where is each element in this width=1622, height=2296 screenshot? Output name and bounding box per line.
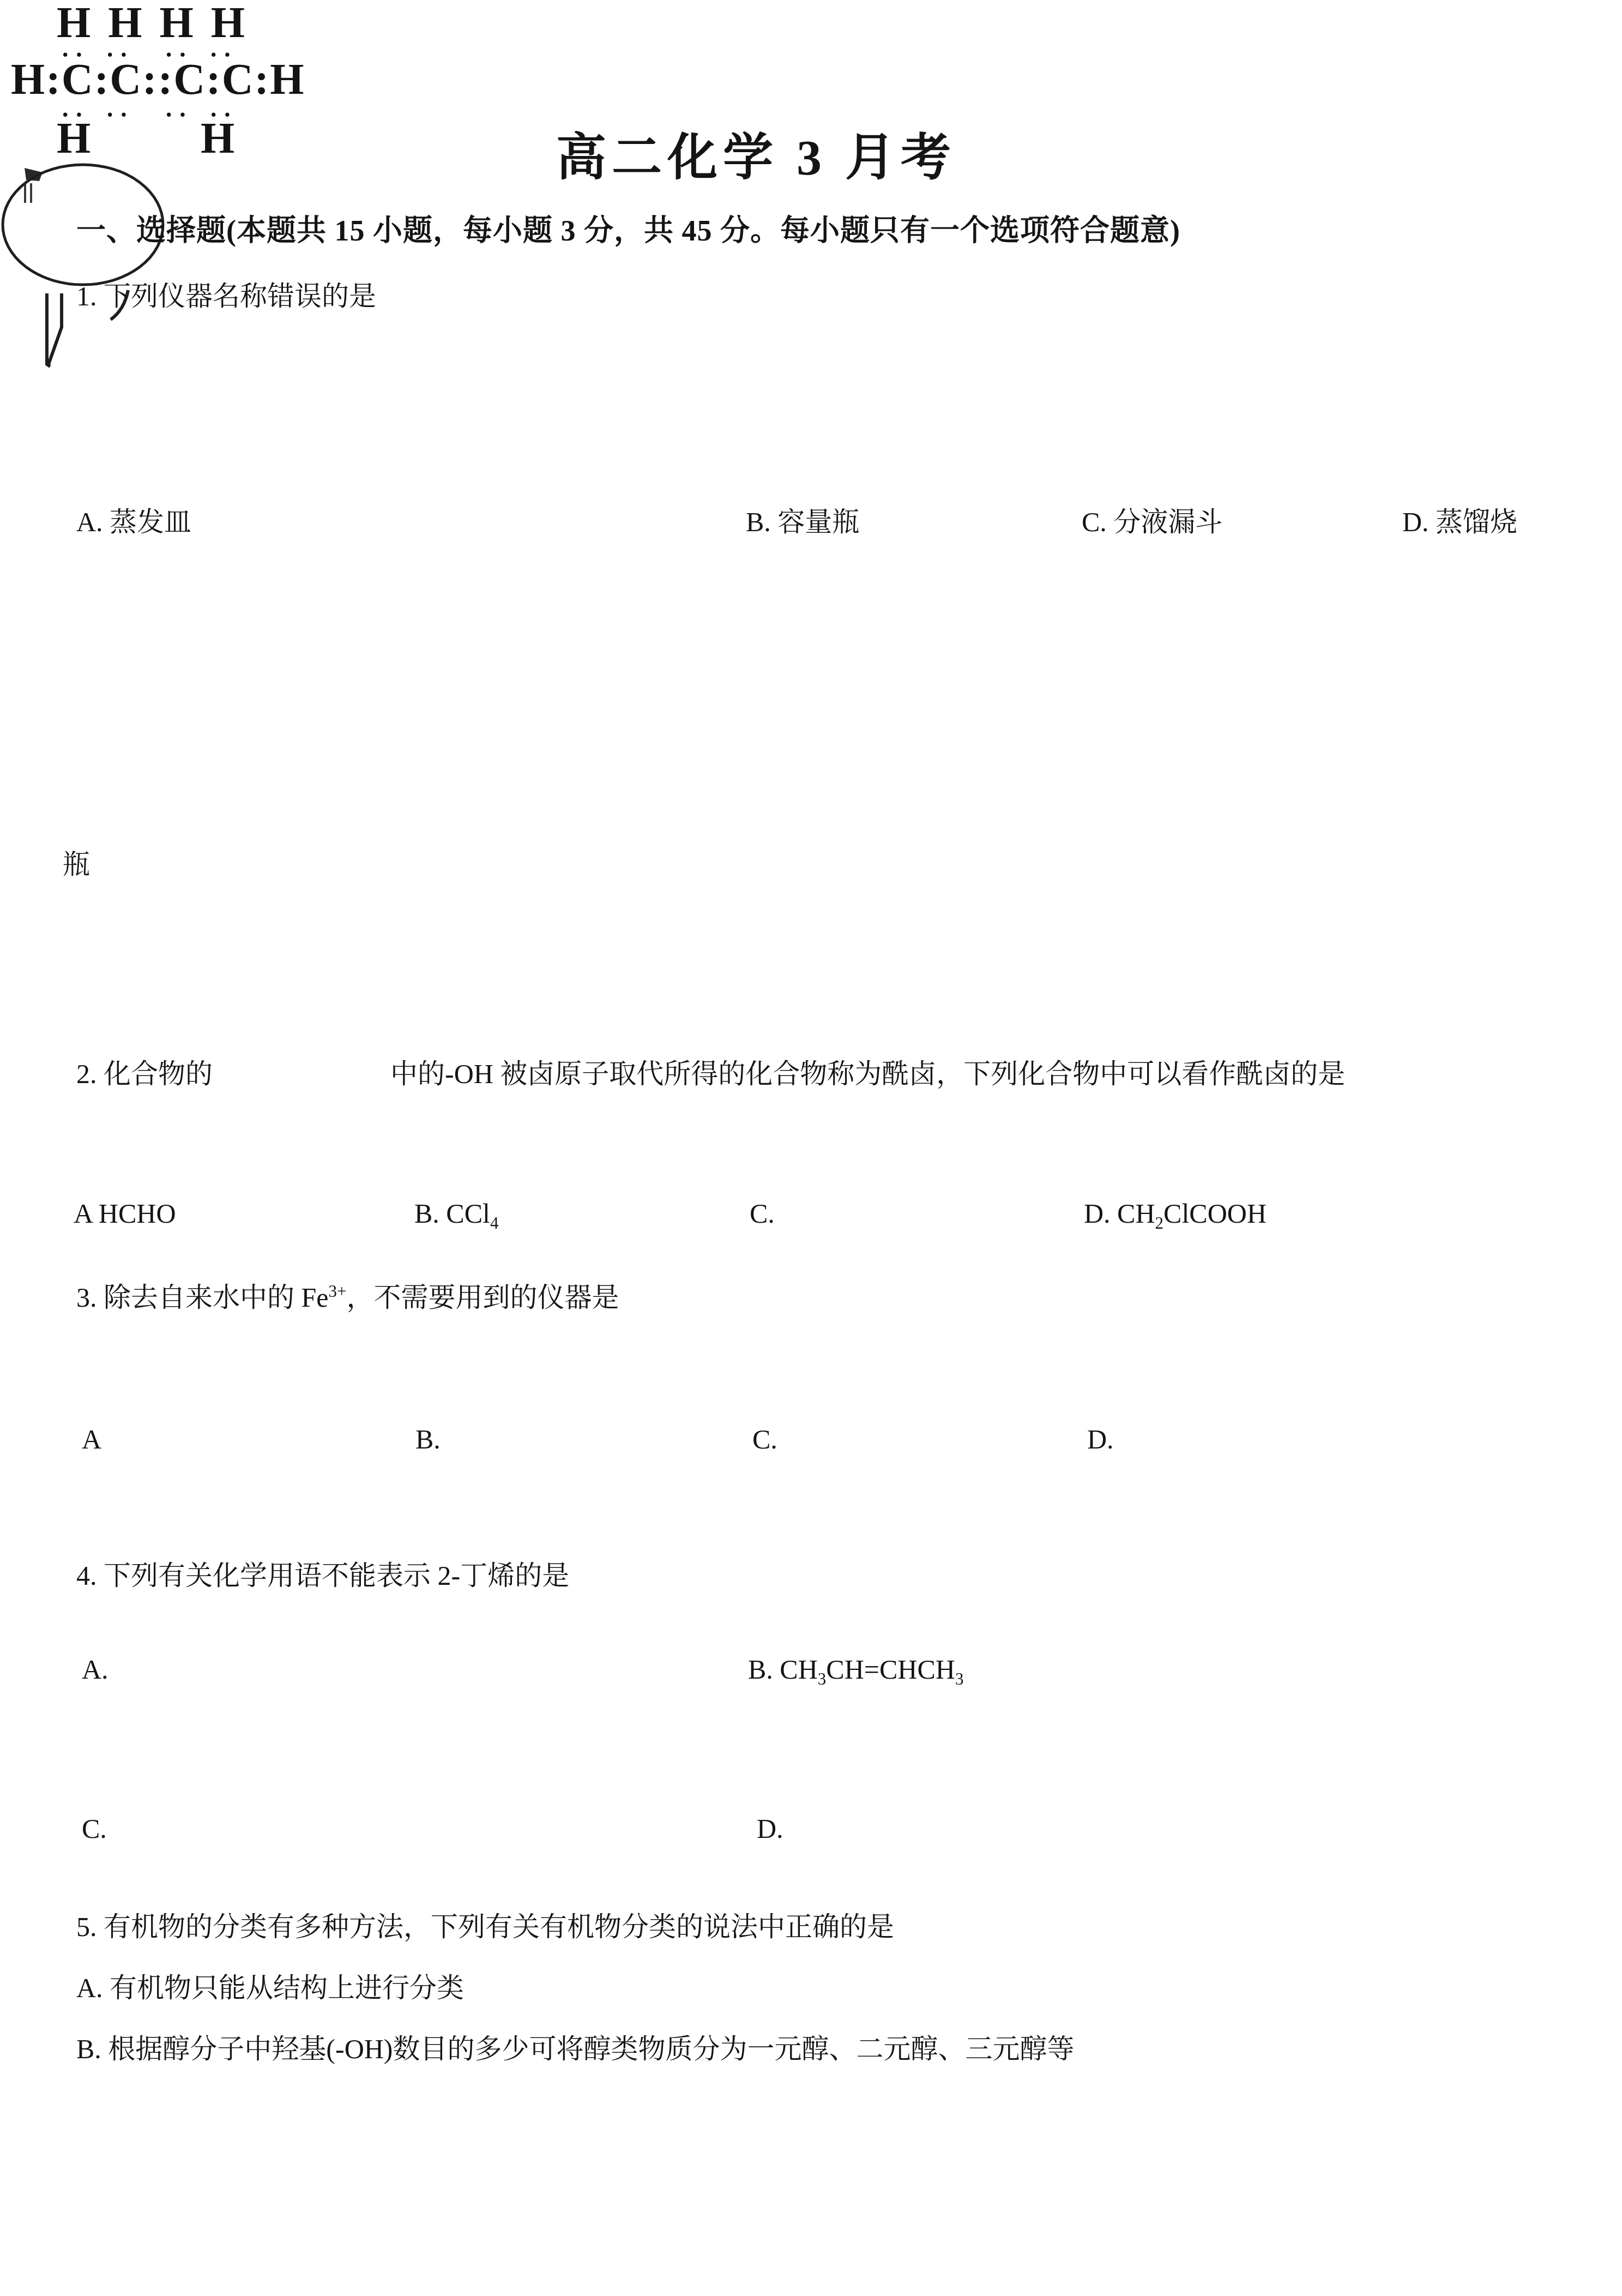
- q1-option-c: C. 分液漏斗: [1082, 508, 1222, 536]
- sketch-stem-right: [49, 293, 62, 364]
- q4-option-b-s2: 3: [955, 1669, 964, 1688]
- q5-option-a: A. 有机物只能从结构上进行分类: [76, 1974, 464, 2002]
- bond-dots: ··: [106, 103, 134, 128]
- q4-option-a: A.: [82, 1656, 108, 1683]
- q3-option-b: B.: [415, 1426, 441, 1453]
- question-3-stem: 3. 除去自来水中的 Fe3+，不需要用到的仪器是: [76, 1284, 619, 1311]
- q1-option-a: A. 蒸发皿: [76, 508, 191, 536]
- glassware-sketch: [1, 161, 174, 374]
- question-5-stem: 5. 有机物的分类有多种方法，下列有关有机物分类的说法中正确的是: [76, 1913, 894, 1940]
- question-4-stem: 4. 下列有关化学用语不能表示 2-丁烯的是: [76, 1562, 569, 1589]
- q4-option-b: B. CH3CH=CHCH3: [748, 1656, 963, 1683]
- page-title: 高二化学 3 月考: [556, 133, 956, 183]
- q4-option-b-p2: CH=CHCH: [826, 1654, 955, 1685]
- q3-option-d: D.: [1087, 1426, 1114, 1453]
- q4-option-c: C.: [82, 1815, 107, 1842]
- q1-option-d: D. 蒸馏烧: [1402, 508, 1517, 536]
- question-1-stem: 1. 下列仪器名称错误的是: [76, 283, 376, 310]
- bond-dots: ··: [165, 103, 192, 128]
- q3-option-a: A: [82, 1426, 101, 1453]
- q2-option-d-formula-post: ClCOOH: [1163, 1198, 1267, 1229]
- q4-option-d: D.: [757, 1815, 783, 1842]
- exam-document-page: H H H H ·· ·· ·· ·· H:C:C::C:C:H ·· ·· ·…: [0, 0, 1622, 2296]
- lewis-structure-top-h-row: H H H H: [57, 1, 246, 45]
- q3-stem-superscript: 3+: [329, 1282, 347, 1301]
- q2-option-d-subscript: 2: [1155, 1213, 1164, 1233]
- q2-option-b-formula: B. CCl: [414, 1198, 490, 1229]
- lewis-structure-main-row: H:C:C::C:C:H: [11, 58, 305, 101]
- q2-option-d-formula-pre: D. CH: [1084, 1198, 1155, 1229]
- question-2-stem-suffix: 中的-OH 被卤原子取代所得的化合物称为酰卤，下列化合物中可以看作酰卤的是: [390, 1060, 1345, 1087]
- q3-option-c: C.: [752, 1426, 777, 1453]
- q2-option-c: C.: [750, 1200, 775, 1227]
- q2-option-d: D. CH2ClCOOH: [1084, 1200, 1267, 1227]
- q3-stem-post: ，不需要用到的仪器是: [346, 1282, 619, 1313]
- q4-option-b-p1: B. CH: [748, 1654, 818, 1685]
- lewis-structure-bottom-h: H: [201, 117, 236, 160]
- q2-option-a: A HCHO: [74, 1200, 176, 1227]
- q2-option-b-subscript: 4: [490, 1213, 499, 1233]
- q2-option-b: B. CCl4: [414, 1200, 498, 1227]
- section-header: 一、选择题(本题共 15 小题，每小题 3 分，共 45 分。每小题只有一个选项…: [76, 216, 1180, 245]
- lewis-structure-bottom-h: H: [57, 117, 92, 160]
- q1-option-b: B. 容量瓶: [746, 508, 859, 536]
- q3-stem-pre: 3. 除去自来水中的 Fe: [76, 1282, 329, 1313]
- q4-option-b-s1: 3: [818, 1669, 827, 1688]
- q5-option-b: B. 根据醇分子中羟基(-OH)数目的多少可将醇类物质分为一元醇、二元醇、三元醇…: [76, 2035, 1075, 2063]
- q1-option-d-wrapped-char: 瓶: [63, 851, 90, 878]
- question-2-stem-prefix: 2. 化合物的: [76, 1060, 213, 1087]
- sketch-stem-left: [47, 293, 50, 366]
